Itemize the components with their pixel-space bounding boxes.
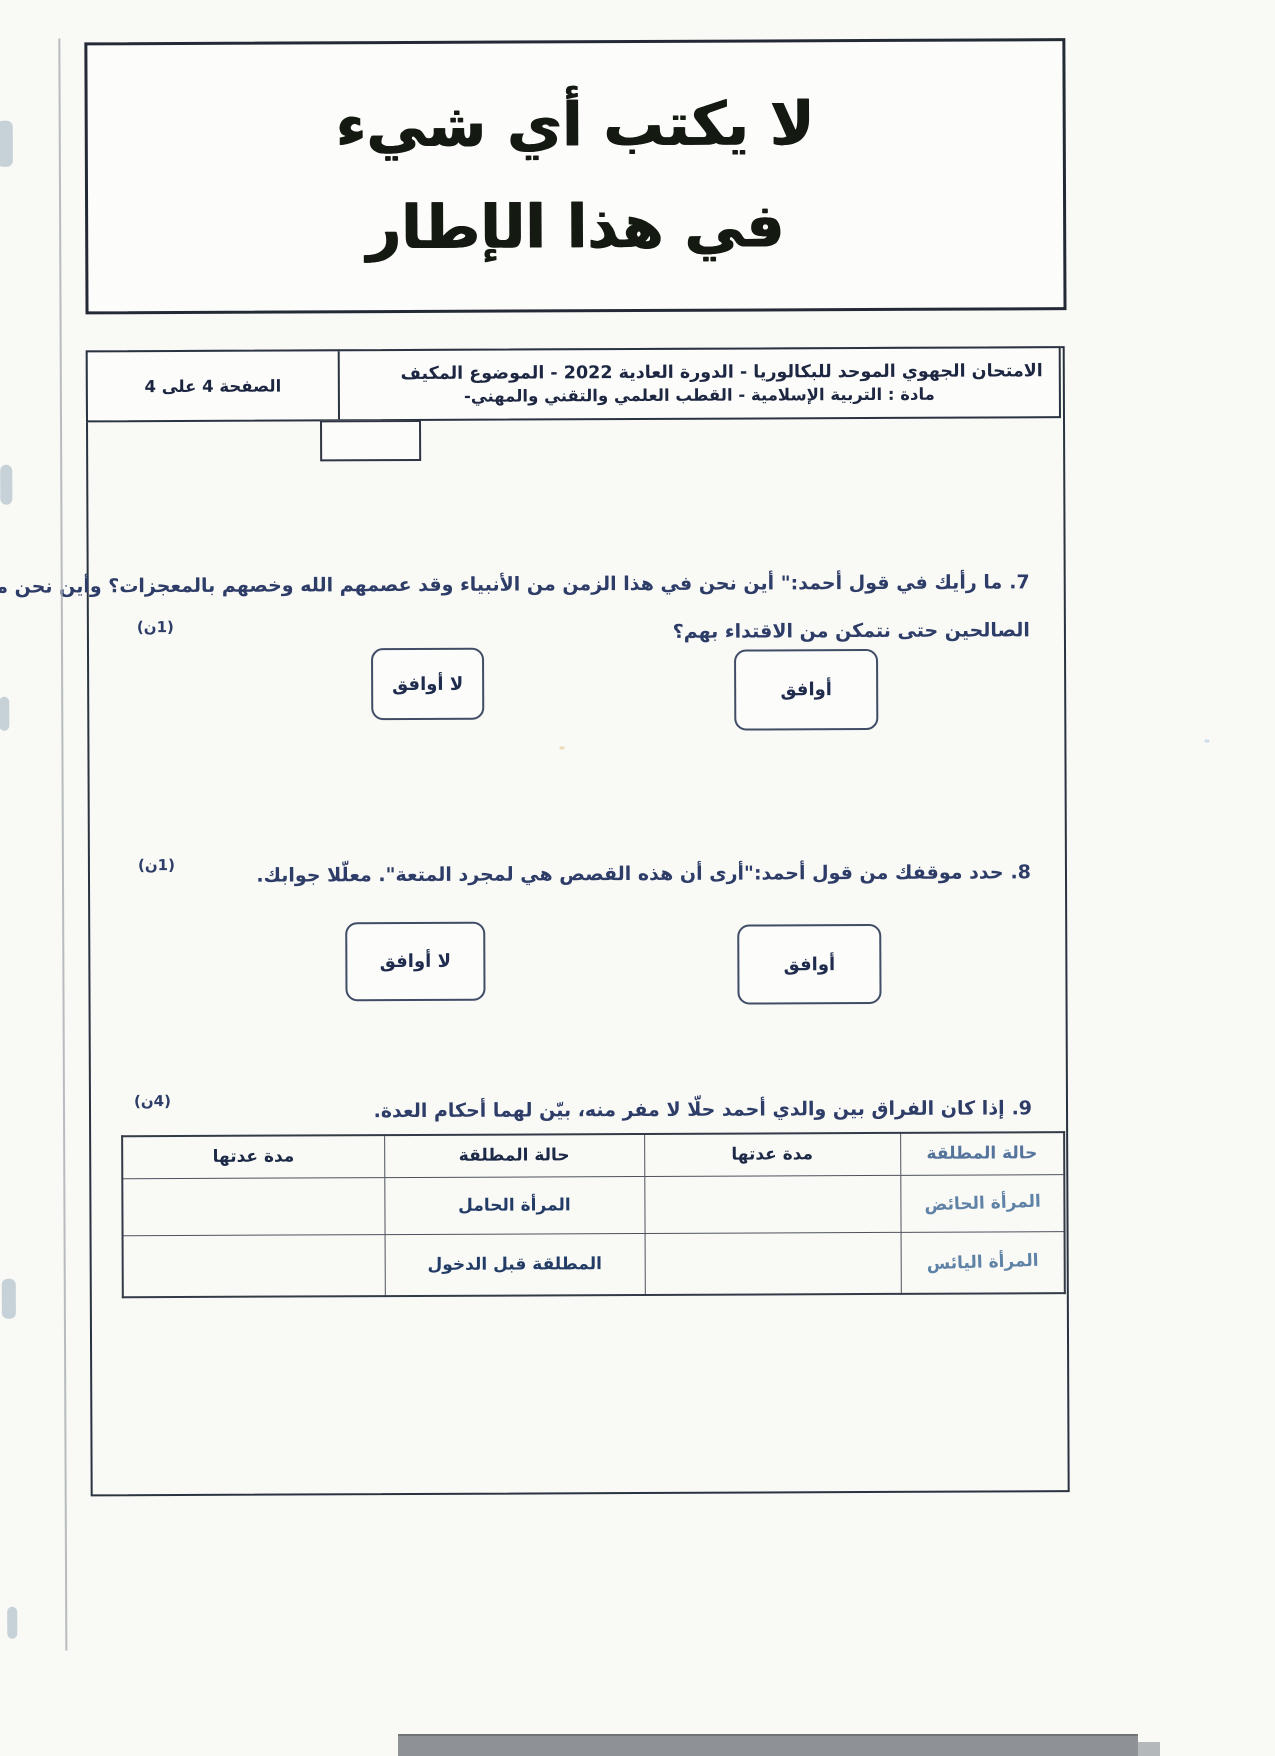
bottom-scan-band: [398, 1734, 1138, 1756]
scan-artifact: [559, 746, 564, 749]
question-9-points: (4ن): [134, 1092, 171, 1110]
table-answer-cell[interactable]: [645, 1232, 901, 1295]
question-9-number: 9.: [1012, 1097, 1033, 1119]
exam-title-area: الامتحان الجهوي الموحد للبكالوريا - الدو…: [340, 348, 1059, 419]
question-7: 7.ما رأيك في قول أحمد:" أين نحن في هذا ا…: [144, 558, 1030, 658]
table-label-cell: المرأة الحائض: [900, 1174, 1064, 1232]
scan-artifact: [0, 121, 13, 167]
banner-line-2: في هذا الإطار: [367, 180, 785, 274]
question-8-points: (1ن): [138, 856, 175, 874]
question-7-number: 7.: [1009, 571, 1030, 593]
scan-artifact: [1204, 740, 1209, 743]
scan-artifact: [2, 1279, 16, 1319]
bottom-scan-band-tail: [1138, 1742, 1160, 1756]
question-7-disagree-box[interactable]: لا أوافق: [371, 648, 484, 720]
table-row: المرأة اليائس المطلقة قبل الدخول: [123, 1231, 1065, 1297]
question-8-agree-box[interactable]: أوافق: [737, 924, 881, 1005]
table-header-cell: حالة المطلقة: [384, 1134, 644, 1177]
paper-sheet: لا يكتب أي شيء في هذا الإطار الصفحة 4 عل…: [0, 0, 1275, 1756]
question-8-number: 8.: [1010, 861, 1031, 883]
scan-artifact: [0, 697, 9, 731]
table-label-cell: المرأة الحامل: [384, 1176, 644, 1234]
exam-header: الصفحة 4 على 4 الامتحان الجهوي الموحد لل…: [86, 346, 1061, 422]
do-not-write-frame: لا يكتب أي شيء في هذا الإطار: [84, 38, 1066, 314]
page-edge-line: [58, 39, 67, 1651]
table-label-cell: المطلقة قبل الدخول: [385, 1233, 645, 1296]
disagree-label: لا أوافق: [380, 951, 451, 972]
table-answer-cell[interactable]: [644, 1175, 900, 1233]
question-7-line-1: 7.ما رأيك في قول أحمد:" أين نحن في هذا ا…: [144, 558, 1030, 610]
question-8-line-1: 8.حدد موقفك من قول أحمد:"أرى أن هذه القص…: [145, 848, 1031, 900]
table-answer-cell[interactable]: [122, 1177, 384, 1235]
question-8-disagree-box[interactable]: لا أوافق: [345, 922, 485, 1002]
question-8: 8.حدد موقفك من قول أحمد:"أرى أن هذه القص…: [145, 848, 1031, 900]
disagree-label: لا أوافق: [392, 673, 463, 694]
candidate-code-box[interactable]: [320, 420, 421, 461]
question-7-agree-box[interactable]: أوافق: [734, 649, 878, 731]
question-9: 9.إذا كان الفراق بين والدي أحمد حلّا لا …: [146, 1084, 1032, 1136]
table-label-cell: المرأة اليائس: [901, 1231, 1065, 1294]
table-header-cell: مدة عدتها: [644, 1133, 900, 1176]
table-header-cell: حالة المطلقة: [900, 1132, 1064, 1175]
exam-title-line-1: الامتحان الجهوي الموحد للبكالوريا - الدو…: [340, 361, 1059, 384]
idda-table: حالة المطلقة مدة عدتها حالة المطلقة مدة …: [121, 1131, 1064, 1298]
table-answer-cell[interactable]: [123, 1234, 385, 1297]
scan-artifact: [0, 465, 12, 505]
question-7-text: ما رأيك في قول أحمد:" أين نحن في هذا الز…: [0, 571, 1002, 597]
question-7-line-2: الصالحين حتى نتمكن من الاقتداء بهم؟: [144, 606, 1030, 658]
table-header-row: حالة المطلقة مدة عدتها حالة المطلقة مدة …: [122, 1132, 1064, 1178]
question-9-text: إذا كان الفراق بين والدي أحمد حلّا لا مف…: [374, 1097, 1005, 1122]
exam-title-line-2: مادة : التربية الإسلامية - القطب العلمي …: [340, 384, 1059, 406]
table-header-cell: مدة عدتها: [122, 1135, 384, 1178]
question-9-line-1: 9.إذا كان الفراق بين والدي أحمد حلّا لا …: [146, 1084, 1032, 1136]
question-7-points: (1ن): [137, 618, 174, 636]
agree-label: أوافق: [784, 954, 836, 975]
table-row: المرأة الحائض المرأة الحامل: [122, 1174, 1064, 1235]
banner-line-1: لا يكتب أي شيء: [336, 78, 815, 172]
page-number-cell: الصفحة 4 على 4: [88, 351, 340, 420]
question-8-text: حدد موقفك من قول أحمد:"أرى أن هذه القصص …: [256, 861, 1003, 886]
answer-frame: [86, 346, 1070, 1496]
scanned-exam-page: لا يكتب أي شيء في هذا الإطار الصفحة 4 عل…: [0, 0, 1275, 1756]
agree-label: أوافق: [780, 679, 832, 700]
scan-artifact: [7, 1607, 17, 1639]
